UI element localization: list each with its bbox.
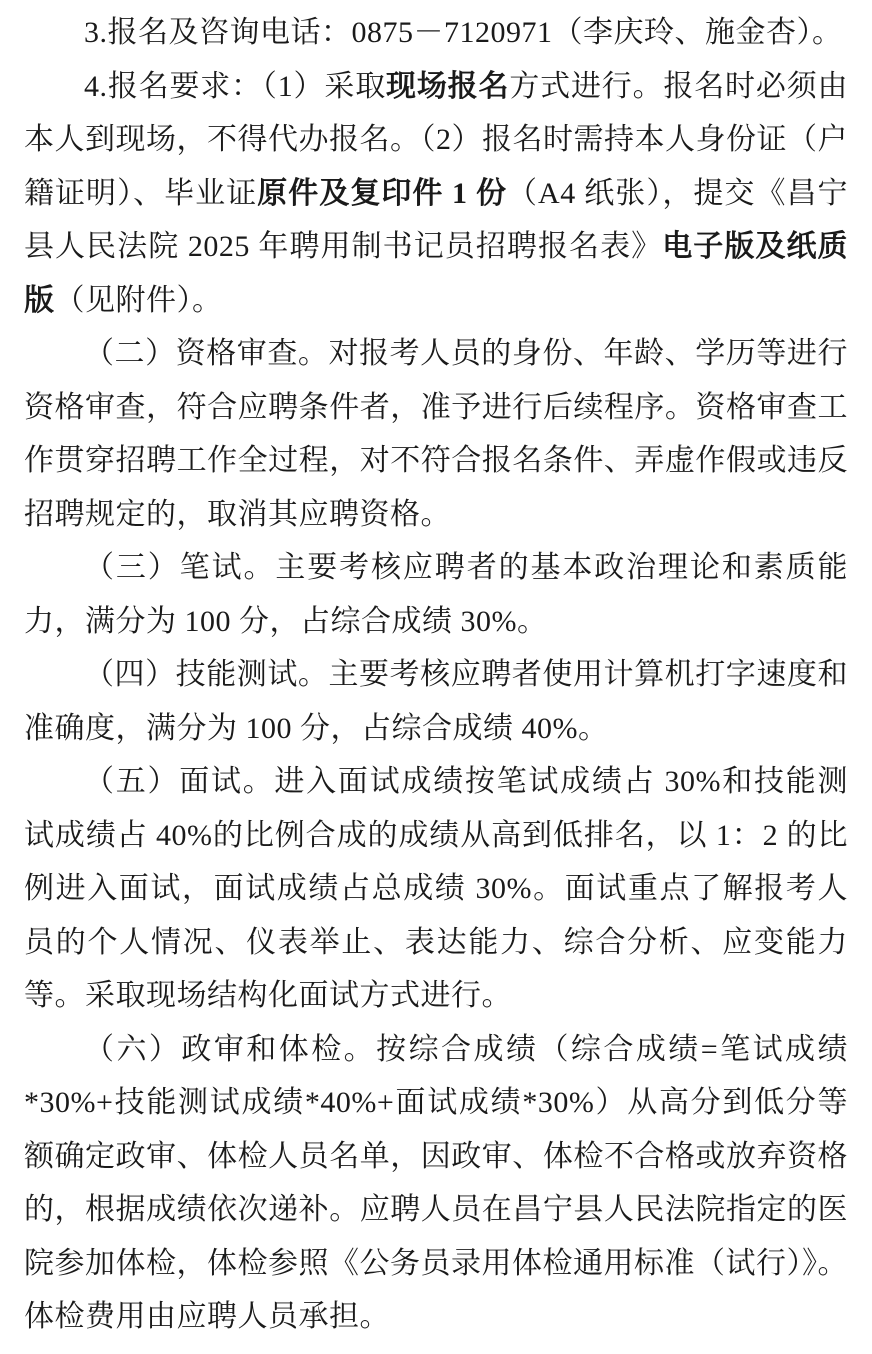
paragraph: （五）面试。进入面试成绩按笔试成绩占 30%和技能测试成绩占 40%的比例合成的… [24, 755, 848, 1023]
paragraph: （四）技能测试。主要考核应聘者使用计算机打字速度和准确度，满分为 100 分，占… [24, 648, 848, 755]
bold-text-run: 现场报名 [386, 70, 509, 103]
document-text: 3.报名及咨询电话：0875－7120971（李庆玲、施金杏）。4.报名要求：（… [24, 6, 848, 1344]
text-run: （见附件）。 [55, 284, 223, 317]
paragraph: （三）笔试。主要考核应聘者的基本政治理论和素质能力，满分为 100 分，占综合成… [24, 541, 848, 648]
text-run: 3.报名及咨询电话：0875－7120971（李庆玲、施金杏）。 [84, 16, 843, 49]
paragraph: （二）资格审查。对报考人员的身份、年龄、学历等进行资格审查，符合应聘条件者，准予… [24, 327, 848, 541]
paragraph: （六）政审和体检。按综合成绩（综合成绩=笔试成绩*30%+技能测试成绩*40%+… [24, 1023, 848, 1344]
text-run: 4.报名要求：（1）采取 [84, 70, 386, 103]
paragraph: 4.报名要求：（1）采取现场报名方式进行。报名时必须由本人到现场，不得代办报名。… [24, 60, 848, 328]
recruitment-notice-document: 3.报名及咨询电话：0875－7120971（李庆玲、施金杏）。4.报名要求：（… [0, 0, 872, 1354]
text-run: （四）技能测试。主要考核应聘者使用计算机打字速度和准确度，满分为 100 分，占… [24, 658, 848, 745]
text-run: （二）资格审查。对报考人员的身份、年龄、学历等进行资格审查，符合应聘条件者，准予… [24, 337, 848, 531]
text-run: （三）笔试。主要考核应聘者的基本政治理论和素质能力，满分为 100 分，占综合成… [24, 551, 848, 638]
text-run: （六）政审和体检。按综合成绩（综合成绩=笔试成绩*30%+技能测试成绩*40%+… [24, 1033, 848, 1334]
bold-text-run: 原件及复印件 1 份 [257, 177, 507, 210]
text-run: （五）面试。进入面试成绩按笔试成绩占 30%和技能测试成绩占 40%的比例合成的… [24, 765, 848, 1012]
paragraph: 3.报名及咨询电话：0875－7120971（李庆玲、施金杏）。 [24, 6, 848, 60]
